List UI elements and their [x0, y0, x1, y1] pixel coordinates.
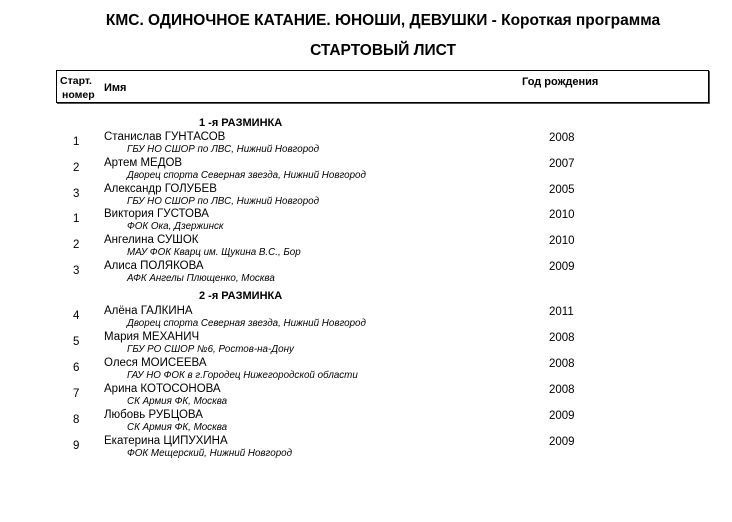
start-number: 2	[73, 239, 79, 251]
skater-club: ФОК Ока, Дзержинск	[127, 221, 224, 232]
birth-year: 2009	[549, 261, 575, 273]
table-row: 7 Арина КОТОСОНОВА СК Армия ФК, Москва 2…	[0, 383, 732, 409]
skater-club: Дворец спорта Северная звезда, Нижний Но…	[127, 170, 366, 181]
start-number: 9	[73, 440, 79, 452]
table-row: 3 Алиса ПОЛЯКОВА АФК Ангелы Плющенко, Мо…	[0, 260, 732, 286]
birth-year: 2007	[549, 158, 575, 170]
start-number: 1	[73, 136, 79, 148]
skater-name: Виктория ГУСТОВА	[104, 208, 209, 220]
column-header-name: Имя	[104, 82, 126, 94]
table-row: 3 Александр ГОЛУБЕВ ГБУ НО СШОР по ЛВС, …	[0, 183, 732, 209]
skater-name: Мария МЕХАНИЧ	[104, 331, 199, 343]
column-header-start-number-line2: номер	[62, 89, 95, 101]
skater-club: ГБУ НО СШОР по ЛВС, Нижний Новгород	[127, 196, 319, 207]
table-row: 9 Екатерина ЦИПУХИНА ФОК Мещерский, Нижн…	[0, 435, 732, 461]
birth-year: 2008	[549, 132, 575, 144]
start-number: 8	[73, 414, 79, 426]
column-header-start-number-line1: Старт.	[60, 75, 92, 87]
column-header-birth-year: Год рождения	[522, 76, 598, 88]
skater-name: Александр ГОЛУБЕВ	[104, 183, 217, 195]
birth-year: 2010	[549, 209, 575, 221]
birth-year: 2005	[549, 184, 575, 196]
birth-year: 2008	[549, 384, 575, 396]
skater-name: Арина КОТОСОНОВА	[104, 383, 221, 395]
skater-name: Артем МЕДОВ	[104, 157, 182, 169]
table-row: 1 Станислав ГУНТАСОВ ГБУ НО СШОР по ЛВС,…	[0, 131, 732, 157]
start-number: 5	[73, 336, 79, 348]
skater-club: ГАУ НО ФОК в г.Городец Нижегородской обл…	[127, 370, 358, 381]
birth-year: 2008	[549, 332, 575, 344]
table-row: 2 Ангелина СУШОК МАУ ФОК Кварц им. Щукин…	[0, 234, 732, 260]
birth-year: 2011	[549, 306, 574, 318]
start-number: 3	[73, 188, 79, 200]
table-header: Старт. номер Имя Год рождения	[56, 70, 709, 103]
table-row: 6 Олеся МОИСЕЕВА ГАУ НО ФОК в г.Городец …	[0, 357, 732, 383]
skater-name: Любовь РУБЦОВА	[104, 409, 203, 421]
skater-name: Алиса ПОЛЯКОВА	[104, 260, 204, 272]
document-subtitle: СТАРТОВЫЙ ЛИСТ	[0, 42, 732, 60]
skater-club: ФОК Мещерский, Нижний Новгород	[127, 448, 292, 459]
skater-name: Ангелина СУШОК	[104, 234, 198, 246]
start-number: 1	[73, 213, 79, 225]
table-row: 4 Алёна ГАЛКИНА Дворец спорта Северная з…	[0, 305, 732, 331]
skater-club: СК Армия ФК, Москва	[127, 422, 227, 433]
skater-name: Алёна ГАЛКИНА	[104, 305, 193, 317]
skater-name: Станислав ГУНТАСОВ	[104, 131, 225, 143]
table-row: 1 Виктория ГУСТОВА ФОК Ока, Дзержинск 20…	[0, 208, 732, 234]
warmup-heading: 1 -я РАЗМИНКА	[199, 117, 282, 129]
start-number: 3	[73, 265, 79, 277]
skater-club: АФК Ангелы Плющенко, Москва	[127, 273, 275, 284]
birth-year: 2010	[549, 235, 575, 247]
document-title: КМС. ОДИНОЧНОЕ КАТАНИЕ. ЮНОШИ, ДЕВУШКИ -…	[0, 12, 732, 30]
start-number: 7	[73, 388, 79, 400]
skater-name: Олеся МОИСЕЕВА	[104, 357, 207, 369]
warmup-heading: 2 -я РАЗМИНКА	[199, 290, 282, 302]
skater-club: ГБУ РО СШОР №6, Ростов-на-Дону	[127, 344, 294, 355]
start-number: 6	[73, 362, 79, 374]
birth-year: 2009	[549, 436, 575, 448]
skater-club: ГБУ НО СШОР по ЛВС, Нижний Новгород	[127, 144, 319, 155]
skater-club: Дворец спорта Северная звезда, Нижний Но…	[127, 318, 366, 329]
skater-club: СК Армия ФК, Москва	[127, 396, 227, 407]
skater-name: Екатерина ЦИПУХИНА	[104, 435, 228, 447]
start-number: 2	[73, 162, 79, 174]
table-row: 2 Артем МЕДОВ Дворец спорта Северная зве…	[0, 157, 732, 183]
birth-year: 2008	[549, 358, 575, 370]
table-row: 5 Мария МЕХАНИЧ ГБУ РО СШОР №6, Ростов-н…	[0, 331, 732, 357]
skater-club: МАУ ФОК Кварц им. Щукина В.С., Бор	[127, 247, 301, 258]
table-row: 8 Любовь РУБЦОВА СК Армия ФК, Москва 200…	[0, 409, 732, 435]
start-number: 4	[73, 310, 79, 322]
birth-year: 2009	[549, 410, 575, 422]
